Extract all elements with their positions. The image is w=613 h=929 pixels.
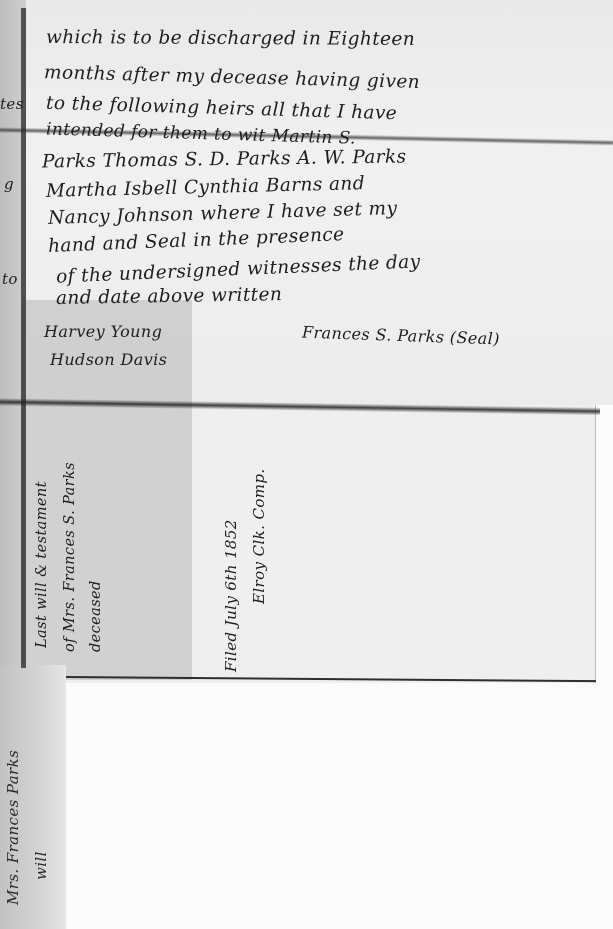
witness-signature: Harvey Young [44, 322, 162, 341]
docket-filing-line: Filed July 6th 1852 [222, 519, 240, 672]
docket-title-line: deceased [88, 580, 104, 652]
outer-label-line: Mrs. Frances Parks [4, 750, 22, 905]
margin-fragment: to [2, 270, 18, 288]
body-line: and date above written [56, 284, 283, 309]
docket-title-line: Last will & testament [34, 481, 50, 648]
body-line: which is to be discharged in Eighteen [46, 27, 415, 50]
margin-fragment: tes [0, 95, 24, 113]
margin-fragment: g [4, 175, 14, 193]
docket-filing-line: Elroy Clk. Comp. [250, 468, 268, 604]
outer-label-line: will [32, 851, 50, 880]
docket-title-line: of Mrs. Frances S. Parks [62, 462, 78, 652]
witness-signature: Hudson Davis [50, 350, 167, 369]
